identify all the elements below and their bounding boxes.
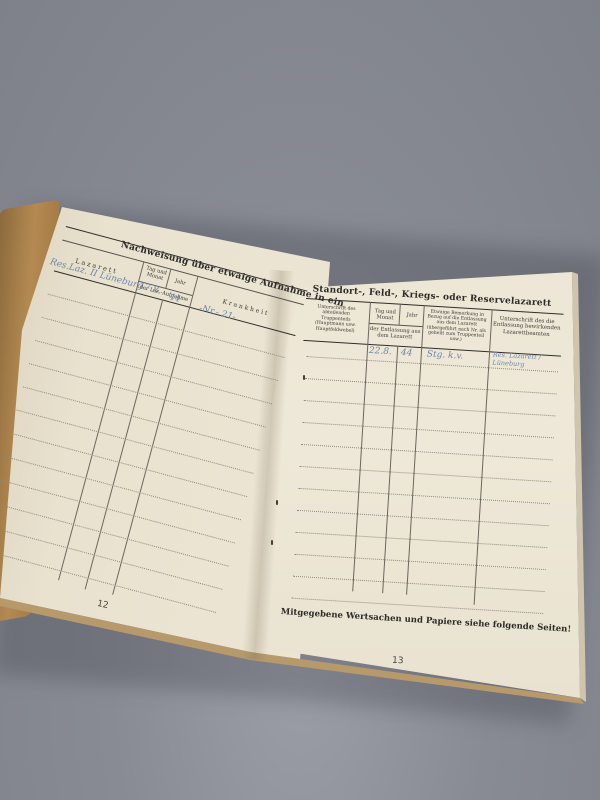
page-number-left: 12 (96, 599, 109, 611)
col-header-jahr: Jahr (401, 312, 423, 319)
staple (271, 540, 273, 545)
ruled-line (23, 386, 260, 450)
entry-tag-monat: 22.8. (369, 346, 392, 357)
col-header-unterschrift-truppe: Unterschrift des abteilenden Truppenteil… (306, 304, 366, 335)
photo-scene: Nachweisung über etwaige Aufnahme in ein… (0, 0, 600, 800)
ruled-line (300, 466, 552, 482)
col-header-unterschrift-beamter: Unterschrift des die Entlassung bewirken… (492, 315, 561, 338)
col-group-entlassung: der Entlassung aus dem Lazarett (368, 326, 423, 341)
col-header-bemerkung: Etwaige Bemerkung in Bezug auf die Entla… (424, 309, 490, 344)
ruled-line (4, 456, 241, 520)
ruled-line (301, 444, 553, 460)
entry-jahr: 44 (401, 348, 413, 359)
ruled-line (304, 400, 556, 416)
ruled-line (29, 363, 266, 427)
ruled-line (302, 422, 554, 438)
staple (276, 500, 278, 505)
page-number-right: 13 (392, 656, 404, 667)
ruled-line (305, 378, 557, 394)
ruled-line (0, 479, 235, 543)
ruled-line (296, 532, 548, 548)
ruled-line (17, 410, 254, 474)
col-header-jahr: Jahr (169, 277, 192, 288)
ruled-line (35, 340, 272, 404)
ruled-line (41, 317, 278, 381)
entry-bemerkung: Stg. k.v. (426, 349, 463, 361)
ruled-line (48, 294, 285, 358)
ruled-line (293, 576, 545, 592)
staple (303, 375, 305, 380)
ruled-line (294, 554, 546, 570)
entry-jahr: 44 (168, 292, 182, 305)
col-divider (474, 309, 493, 605)
ruled-line (10, 433, 247, 497)
ruled-line (0, 502, 229, 566)
ruled-line (297, 510, 549, 526)
right-page-content: Standort-, Feld-, Kriegs- oder Reservela… (284, 282, 567, 677)
ruled-line (298, 488, 550, 504)
col-header-tag-monat: Tag und Monat (371, 308, 400, 322)
